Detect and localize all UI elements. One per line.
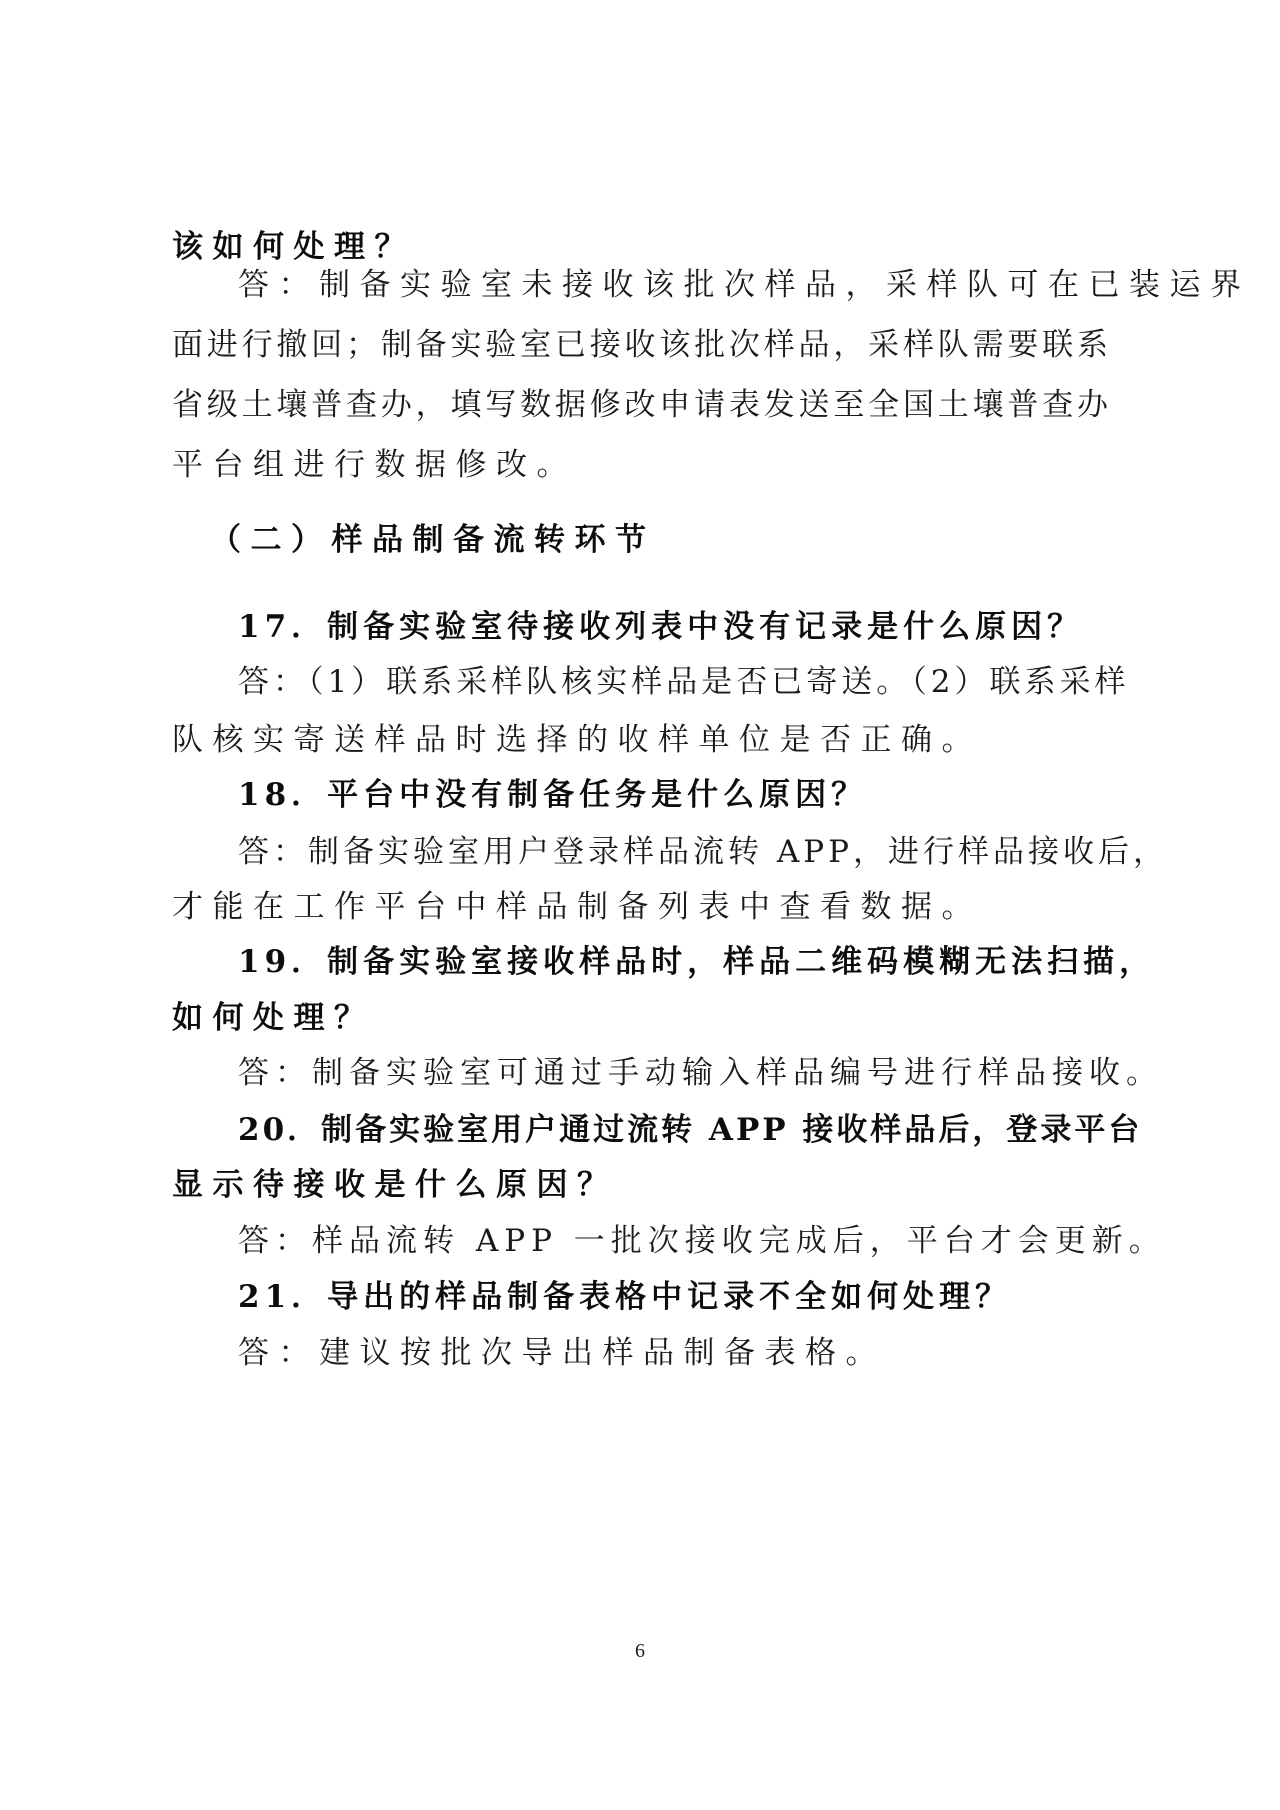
question-20: 20．制备实验室用户通过流转 APP 接收样品后，登录平台 — [238, 1110, 1178, 1150]
question-19: 如何处理？ — [172, 998, 1112, 1038]
prev-question-tail: 该如何处理？ — [172, 227, 1112, 267]
answer-18-line: 才能在工作平台中样品制备列表中查看数据。 — [172, 887, 1112, 927]
answer-17-line: 答：（1）联系采样队核实样品是否已寄送。（2）联系采样 — [238, 662, 1112, 702]
question-21: 21．导出的样品制备表格中记录不全如何处理？ — [238, 1277, 1178, 1317]
question-18: 18．平台中没有制备任务是什么原因？ — [238, 775, 1178, 815]
question-17: 17．制备实验室待接收列表中没有记录是什么原因？ — [238, 607, 1178, 647]
section-heading: （二）样品制备流转环节 — [210, 520, 1150, 560]
answer-21-line: 答：建议按批次导出样品制备表格。 — [238, 1333, 1178, 1373]
page-number: 6 — [0, 1640, 1280, 1663]
question-19: 19．制备实验室接收样品时，样品二维码模糊无法扫描， — [238, 942, 1178, 982]
answer-19-line: 答：制备实验室可通过手动输入样品编号进行样品接收。 — [238, 1053, 1178, 1093]
prev-answer-line: 答：制备实验室未接收该批次样品，采样队可在已装运界 — [238, 265, 1112, 305]
prev-answer-line: 平台组进行数据修改。 — [172, 445, 1112, 485]
prev-answer-line: 面进行撤回；制备实验室已接收该批次样品，采样队需要联系 — [172, 325, 1108, 365]
answer-17-line: 队核实寄送样品时选择的收样单位是否正确。 — [172, 720, 1112, 760]
answer-18-line: 答：制备实验室用户登录样品流转 APP，进行样品接收后， — [238, 832, 1178, 872]
answer-20-line: 答：样品流转 APP 一批次接收完成后，平台才会更新。 — [238, 1221, 1178, 1261]
question-20: 显示待接收是什么原因？ — [172, 1165, 1112, 1205]
prev-answer-line: 省级土壤普查办，填写数据修改申请表发送至全国土壤普查办 — [172, 385, 1108, 425]
